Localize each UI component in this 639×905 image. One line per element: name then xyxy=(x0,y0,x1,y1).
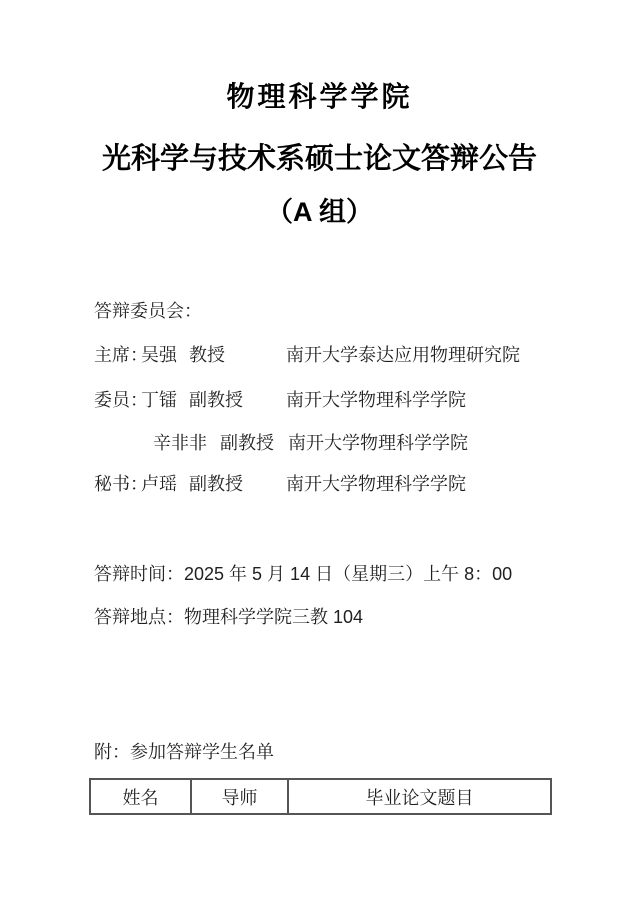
member-title: 副教授 xyxy=(189,472,243,496)
committee-member-row: 委员： 丁镭 副教授 南开大学物理科学学院 xyxy=(94,388,594,412)
member-institution: 南开大学泰达应用物理研究院 xyxy=(286,343,520,367)
member-name: 丁镭 xyxy=(141,388,177,412)
students-table: 姓名 导师 毕业论文题目 xyxy=(89,778,552,815)
member-role: 委员： xyxy=(94,388,148,412)
page-title-announcement: 光科学与技术系硕士论文答辩公告 xyxy=(0,142,639,177)
defense-location-value: 物理科学学院三教 104 xyxy=(184,607,363,627)
defense-location-line: 答辩地点：物理科学学院三教 104 xyxy=(94,605,363,629)
member-institution: 南开大学物理科学学院 xyxy=(286,472,466,496)
member-title: 副教授 xyxy=(189,388,243,412)
column-header-name: 姓名 xyxy=(90,779,191,814)
defense-time-line: 答辩时间：2025 年 5 月 14 日（星期三）上午 8：00 xyxy=(94,562,512,586)
attachment-note: 附：参加答辩学生名单 xyxy=(94,740,274,764)
defense-time-value: 2025 年 5 月 14 日（星期三）上午 8：00 xyxy=(184,564,512,584)
member-role: 主席： xyxy=(94,343,148,367)
defense-time-label: 答辩时间： xyxy=(94,564,184,584)
committee-heading: 答辩委员会： xyxy=(94,299,202,323)
committee-member-row: 辛非非 副教授 南开大学物理科学学院 xyxy=(94,431,594,455)
committee-member-row: 秘书： 卢瑶 副教授 南开大学物理科学学院 xyxy=(94,472,594,496)
students-table-header-row: 姓名 导师 毕业论文题目 xyxy=(90,779,551,814)
announcement-page: 物理科学学院 光科学与技术系硕士论文答辩公告 （A 组） 答辩委员会： 主席： … xyxy=(0,0,639,905)
member-institution: 南开大学物理科学学院 xyxy=(288,431,468,455)
member-role: 秘书： xyxy=(94,472,148,496)
member-name: 辛非非 xyxy=(153,431,207,455)
member-title: 副教授 xyxy=(220,431,274,455)
member-title: 教授 xyxy=(189,343,225,367)
defense-location-label: 答辩地点： xyxy=(94,607,184,627)
member-institution: 南开大学物理科学学院 xyxy=(286,388,466,412)
member-name: 卢瑶 xyxy=(141,472,177,496)
page-title-college: 物理科学学院 xyxy=(0,80,639,114)
committee-member-row: 主席： 吴强 教授 南开大学泰达应用物理研究院 xyxy=(94,343,594,367)
column-header-thesis: 毕业论文题目 xyxy=(288,779,551,814)
member-name: 吴强 xyxy=(141,343,177,367)
group-label: （A 组） xyxy=(0,196,639,228)
column-header-advisor: 导师 xyxy=(191,779,288,814)
